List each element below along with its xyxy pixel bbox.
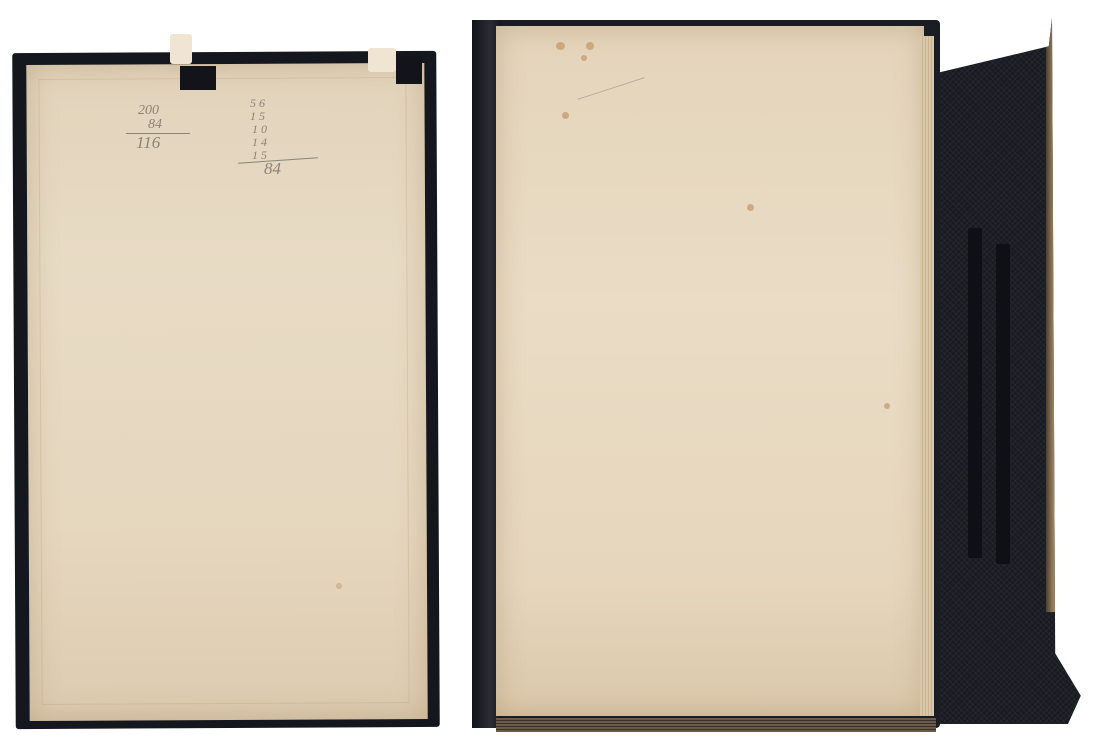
pencil-number: 1 0 [252,122,267,136]
pencil-number: 5 6 [250,96,265,110]
pencil-number: 116 [136,136,160,150]
foxing-spot [747,204,754,211]
flap-edge [1046,22,1062,612]
flap-pocket [996,244,1010,564]
page-block-bottom [496,718,936,732]
foxing-spot [562,112,569,119]
foxing-spot [884,403,890,409]
paper-tab [368,48,396,72]
pencil-number: 84 [264,162,281,176]
page-edges [920,36,934,716]
endpaper-tear [396,56,422,84]
pencil-number: 200 [138,104,159,118]
pencil-number: 1 4 [252,135,267,149]
leather-wallet-flap [924,18,1084,724]
paper-tab [170,34,192,64]
left-book-board [12,51,440,729]
right-flyleaf [496,26,924,716]
pencil-number: 84 [148,118,162,132]
foxing-spot [336,583,342,589]
left-endpaper [26,63,427,721]
pencil-number: 1 5 [250,109,265,123]
photograph: 200 84 116 5 6 1 5 1 0 1 4 1 5 84 [0,0,1100,753]
foxing-spot [581,55,587,61]
foxing-spot [586,42,594,50]
flap-pocket [968,228,982,558]
endpaper-tear [180,66,216,90]
foxing-spot [556,42,565,50]
right-book [472,20,940,728]
